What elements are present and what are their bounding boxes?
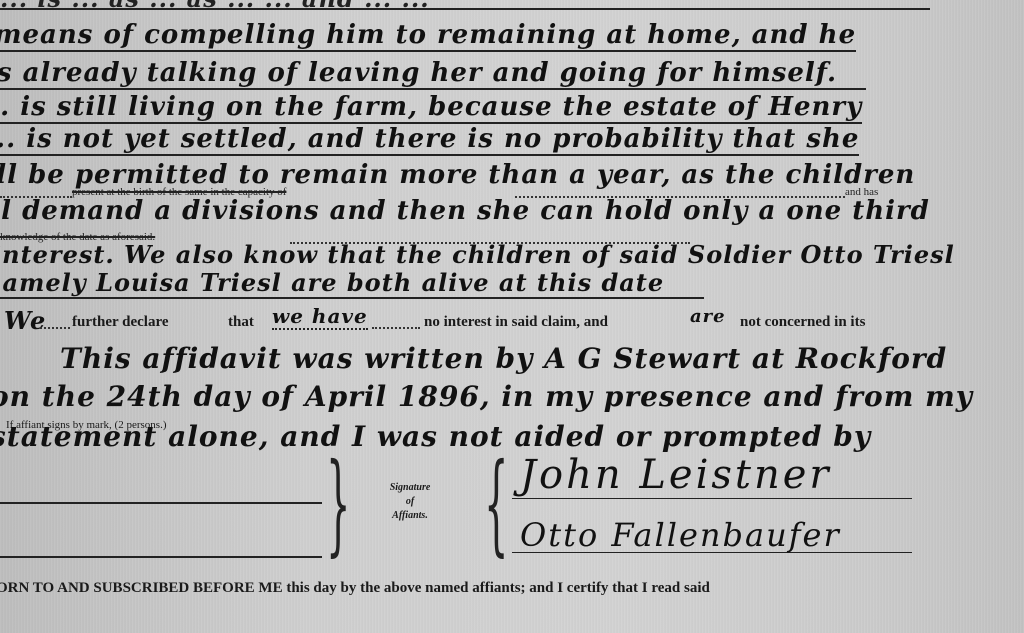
signature-line-left-2	[0, 556, 322, 558]
declaration-we-have: we have	[272, 304, 368, 330]
signature-label-1: Signature	[380, 482, 440, 493]
signature-line-right-1	[512, 498, 912, 499]
handwritten-line-6: will demand a divisions and then she can…	[0, 196, 930, 226]
signature-otto-fallenbaufer: Otto Fallenbaufer	[520, 516, 841, 554]
handwritten-line-8: namely Louisa Triesl are both alive at t…	[0, 268, 704, 299]
document-page: ... is ... as ... as ... ... and ... ...…	[0, 0, 1024, 633]
footer-rest: this day by the above named affiants; an…	[286, 580, 710, 596]
not-concerned-text: not concerned in its	[740, 314, 865, 331]
statement-line-1: This affidavit was written by A G Stewar…	[60, 342, 947, 375]
handwritten-line-2: is already talking of leaving her and go…	[0, 58, 866, 90]
footer-sworn-text: ORN TO AND SUBSCRIBED BEFORE ME this day…	[0, 580, 710, 597]
handwritten-line-3: ... is still living on the farm, because…	[0, 92, 862, 124]
that-text: that	[228, 314, 254, 331]
signature-john-leistner: John Leistner	[520, 452, 832, 498]
right-brace: }	[326, 448, 351, 558]
handwritten-line-7: interest. We also know that the children…	[0, 240, 955, 269]
dotted-fill	[372, 327, 420, 329]
handwritten-line-4: ... is not yet settled, and there is no …	[0, 124, 859, 156]
further-declare-text: further declare	[72, 314, 169, 331]
declaration-we: We	[4, 306, 46, 335]
dotted-fill	[40, 327, 70, 329]
signature-label-2: of	[380, 496, 440, 507]
statement-line-2: on the 24th day of April 1896, in my pre…	[0, 380, 973, 413]
signature-line-left-1	[0, 502, 322, 504]
footer-caps: ORN TO AND SUBSCRIBED BEFORE ME	[0, 580, 283, 596]
statement-line-3: statement alone, and I was not aided or …	[0, 420, 871, 453]
declaration-are: are	[690, 306, 726, 327]
left-brace: {	[484, 448, 509, 558]
signature-label-3: Affiants.	[380, 510, 440, 521]
handwritten-line-0: ... is ... as ... as ... ... and ... ...	[0, 0, 430, 13]
handwritten-line-1: means of compelling him to remaining at …	[0, 20, 856, 52]
no-interest-text: no interest in said claim, and	[424, 314, 608, 331]
